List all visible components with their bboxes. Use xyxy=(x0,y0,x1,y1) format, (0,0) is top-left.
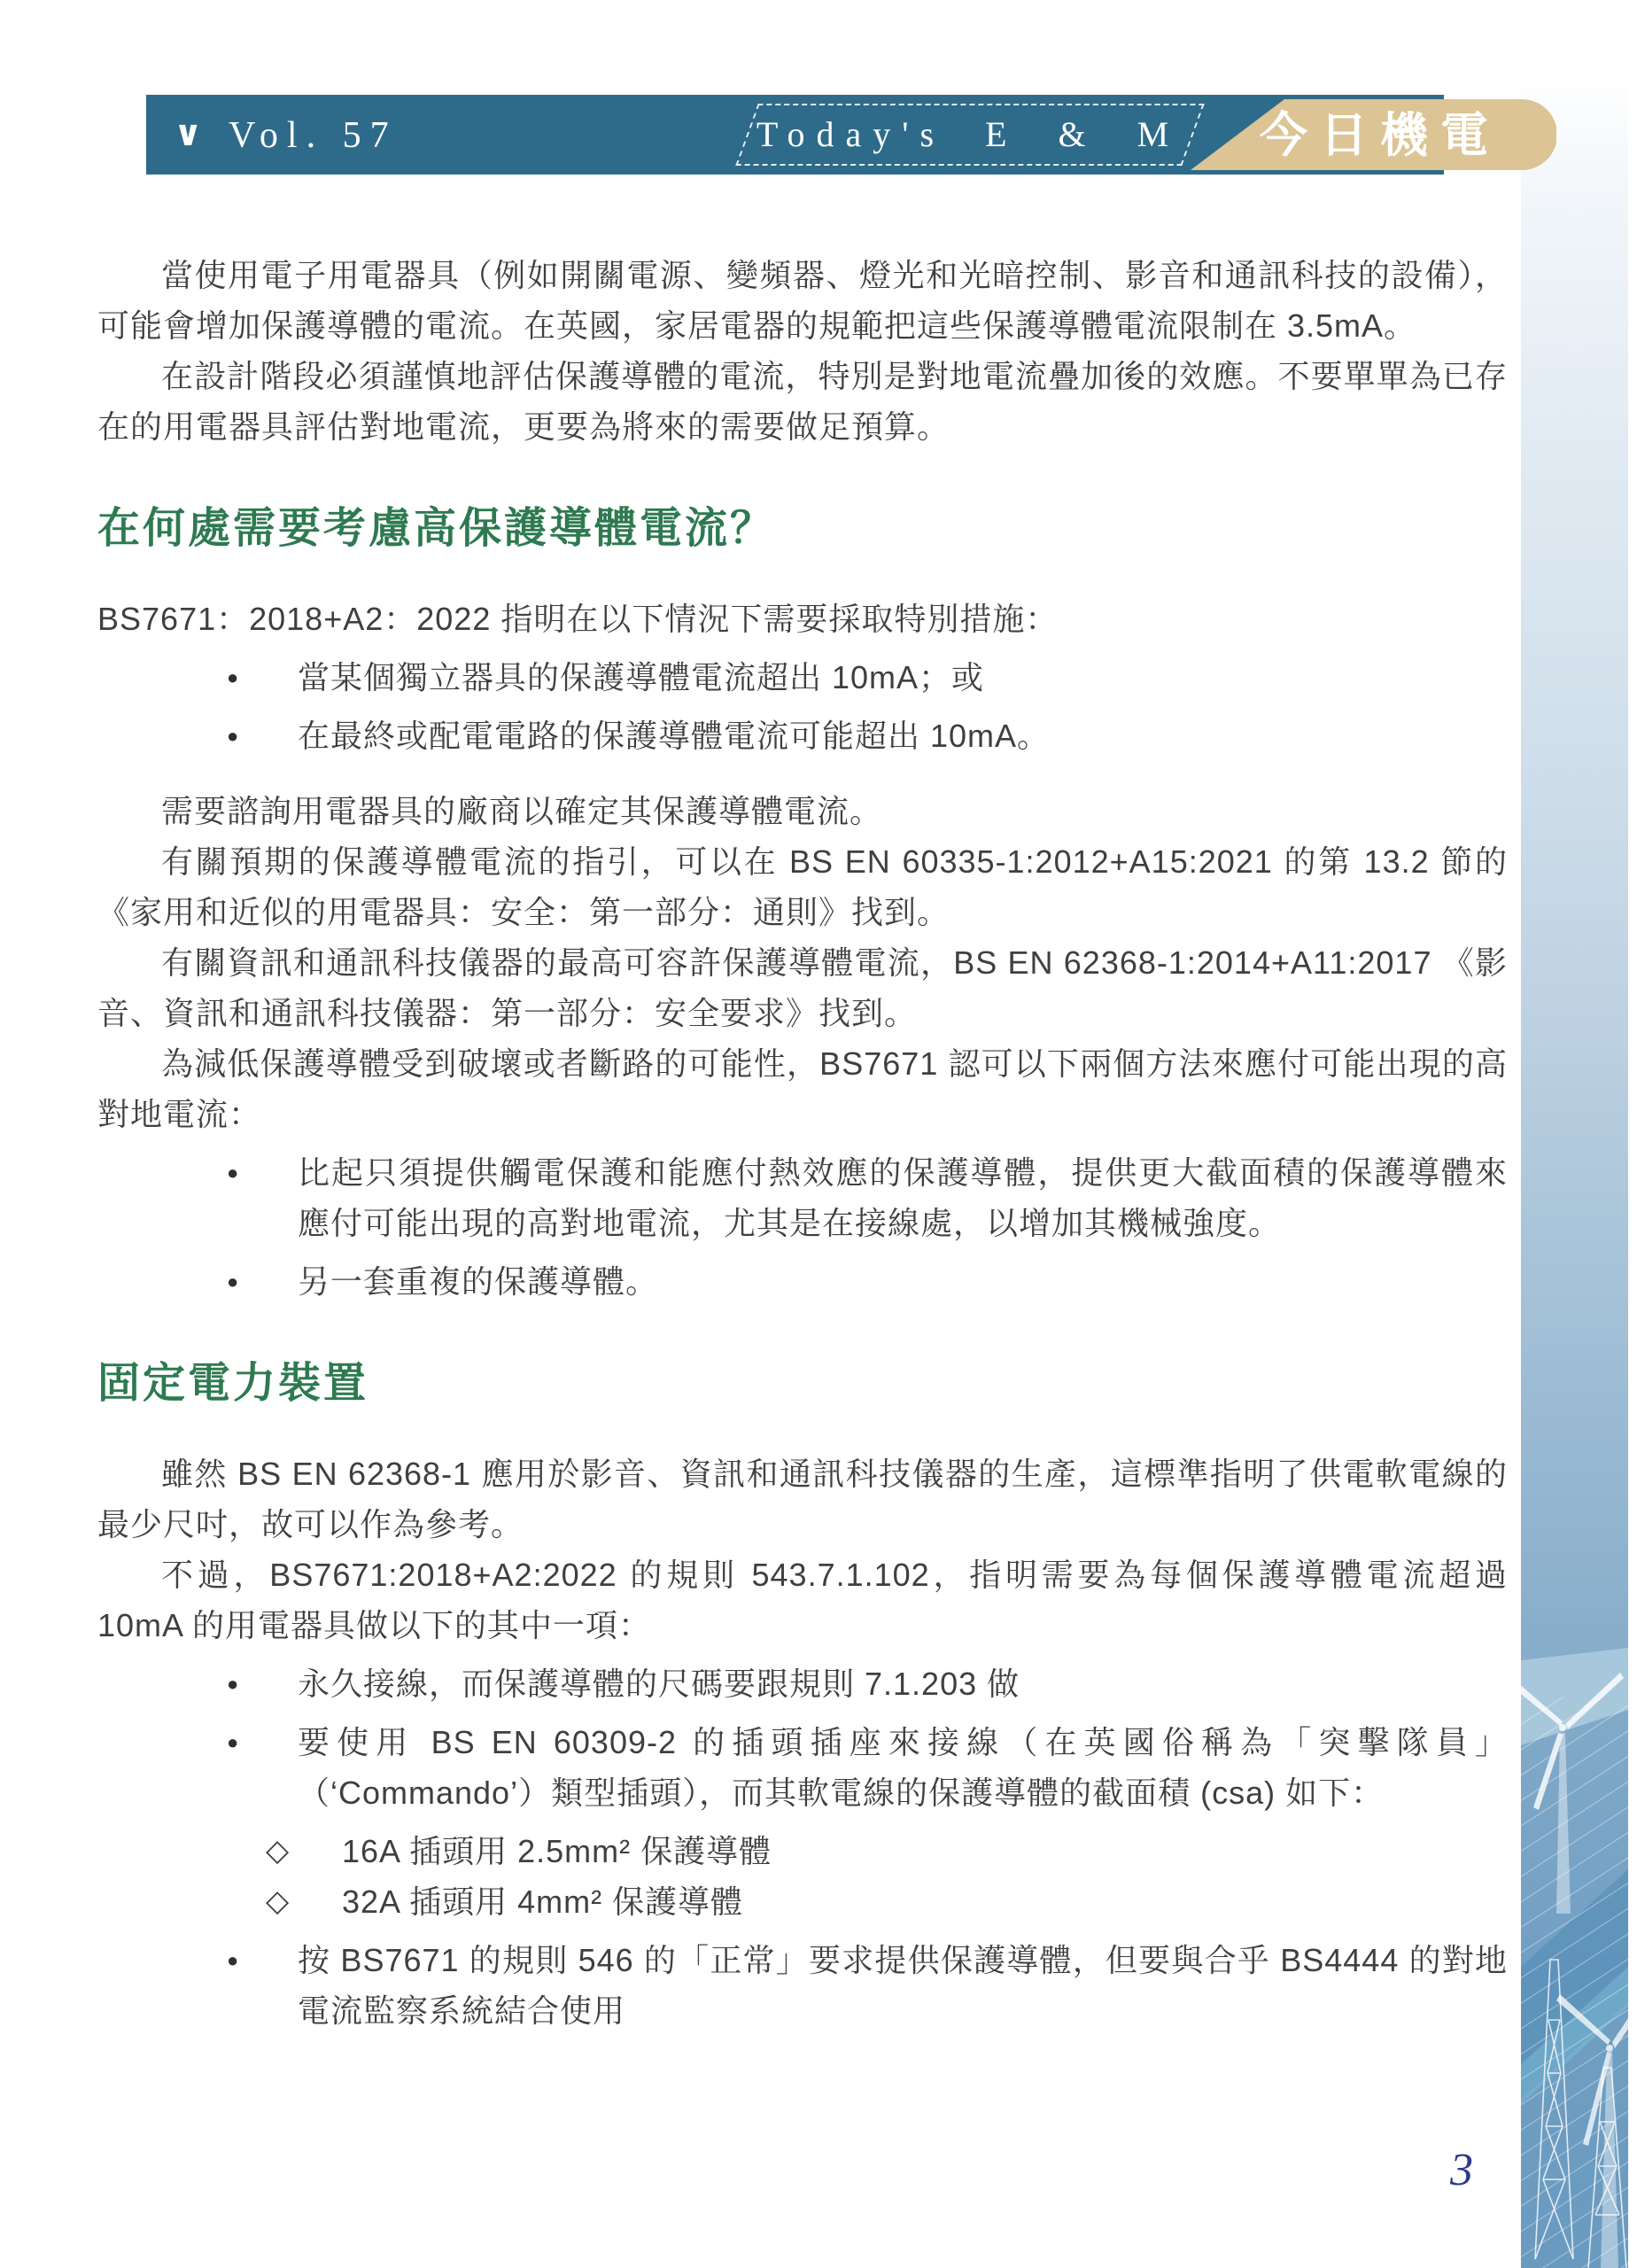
article-block: ●比起只須提供觸電保護和能應付熱效應的保護導體，提供更大截面積的保護導體來應付可… xyxy=(97,1147,1508,1248)
bullet-icon: ● xyxy=(227,1935,298,2036)
article-block: BS7671：2018+A2：2022 指明在以下情況下需要採取特別措施： xyxy=(97,594,1508,644)
badge-title: 今日機電 xyxy=(1238,98,1522,171)
section-heading: 固定電力裝置 xyxy=(97,1358,1508,1410)
volume-label: Vol. 57 xyxy=(229,95,398,175)
article-block: ●另一套重複的保護導體。 xyxy=(97,1256,1508,1307)
block-text: 16A 插頭用 2.5mm² 保護導體 xyxy=(342,1826,1508,1876)
bullet-icon: ● xyxy=(227,1147,298,1248)
article-block: 當使用電子用電器具（例如開關電源、變頻器、燈光和光暗控制、影音和通訊科技的設備）… xyxy=(97,250,1508,351)
article-block: ●永久接線，而保護導體的尺碼要跟規則 7.1.203 做 xyxy=(97,1658,1508,1709)
article-block: ●在最終或配電電路的保護導體電流可能超出 10mA。 xyxy=(97,711,1508,761)
wind-farm-illustration xyxy=(1521,1648,1628,2268)
article-block: ◇16A 插頭用 2.5mm² 保護導體 xyxy=(97,1826,1508,1876)
section-heading: 在何處需要考慮高保護導體電流？ xyxy=(97,503,1508,555)
block-text: 按 BS7671 的規則 546 的「正常」要求提供保護導體，但要與合乎 BS4… xyxy=(298,1935,1508,2036)
article-block: 不過，BS7671:2018+A2:2022 的規則 543.7.1.102，指… xyxy=(97,1550,1508,1651)
page-number: 3 xyxy=(1417,2144,1506,2196)
article-block: 在設計階段必須謹慎地評估保護導體的電流，特別是對地電流疊加後的效應。不要單單為已… xyxy=(97,351,1508,452)
article-body: 當使用電子用電器具（例如開關電源、變頻器、燈光和光暗控制、影音和通訊科技的設備）… xyxy=(97,250,1508,2044)
bullet-icon: ● xyxy=(227,652,298,703)
block-text: 在最終或配電電路的保護導體電流可能超出 10mA。 xyxy=(298,711,1508,761)
side-gradient-strip xyxy=(1521,84,1628,2268)
block-text: 比起只須提供觸電保護和能應付熱效應的保護導體，提供更大截面積的保護導體來應付可能… xyxy=(298,1147,1508,1248)
bullet-icon: ● xyxy=(227,711,298,761)
masthead-title: Today's E & M xyxy=(729,104,1207,166)
block-text: 要使用 BS EN 60309-2 的插頭插座來接線（在英國俗稱為「突擊隊員」（… xyxy=(298,1717,1508,1818)
article-block: 需要諮詢用電器具的廠商以確定其保護導體電流。 xyxy=(97,786,1508,836)
article-block: 為減低保護導體受到破壞或者斷路的可能性，BS7671 認可以下兩個方法來應付可能… xyxy=(97,1038,1508,1139)
block-text: 當某個獨立器具的保護導體電流超出 10mA；或 xyxy=(298,652,1508,703)
diamond-icon: ◇ xyxy=(266,1876,342,1927)
article-block: 雖然 BS EN 62368-1 應用於影音、資訊和通訊科技儀器的生產，這標準指… xyxy=(97,1449,1508,1550)
article-block: ●當某個獨立器具的保護導體電流超出 10mA；或 xyxy=(97,652,1508,703)
article-block: ●按 BS7671 的規則 546 的「正常」要求提供保護導體，但要與合乎 BS… xyxy=(97,1935,1508,2036)
diamond-icon: ◇ xyxy=(266,1826,342,1876)
magazine-page: ∨ Vol. 57 Today's E & M 今日機電 當使用電子用電器具（例… xyxy=(0,0,1637,2268)
block-text: 永久接線，而保護導體的尺碼要跟規則 7.1.203 做 xyxy=(298,1658,1508,1709)
article-block: ●要使用 BS EN 60309-2 的插頭插座來接線（在英國俗稱為「突擊隊員」… xyxy=(97,1717,1508,1818)
bullet-icon: ● xyxy=(227,1256,298,1307)
bullet-icon: ● xyxy=(227,1717,298,1818)
bullet-icon: ● xyxy=(227,1658,298,1709)
article-block: 有關預期的保護導體電流的指引，可以在 BS EN 60335-1:2012+A1… xyxy=(97,836,1508,937)
article-block: ◇32A 插頭用 4mm² 保護導體 xyxy=(97,1876,1508,1927)
block-text: 另一套重複的保護導體。 xyxy=(298,1256,1508,1307)
article-block: 有關資訊和通訊科技儀器的最高可容許保護導體電流，BS EN 62368-1:20… xyxy=(97,937,1508,1038)
block-text: 32A 插頭用 4mm² 保護導體 xyxy=(342,1876,1508,1927)
chevron-down-icon: ∨ xyxy=(174,95,202,175)
